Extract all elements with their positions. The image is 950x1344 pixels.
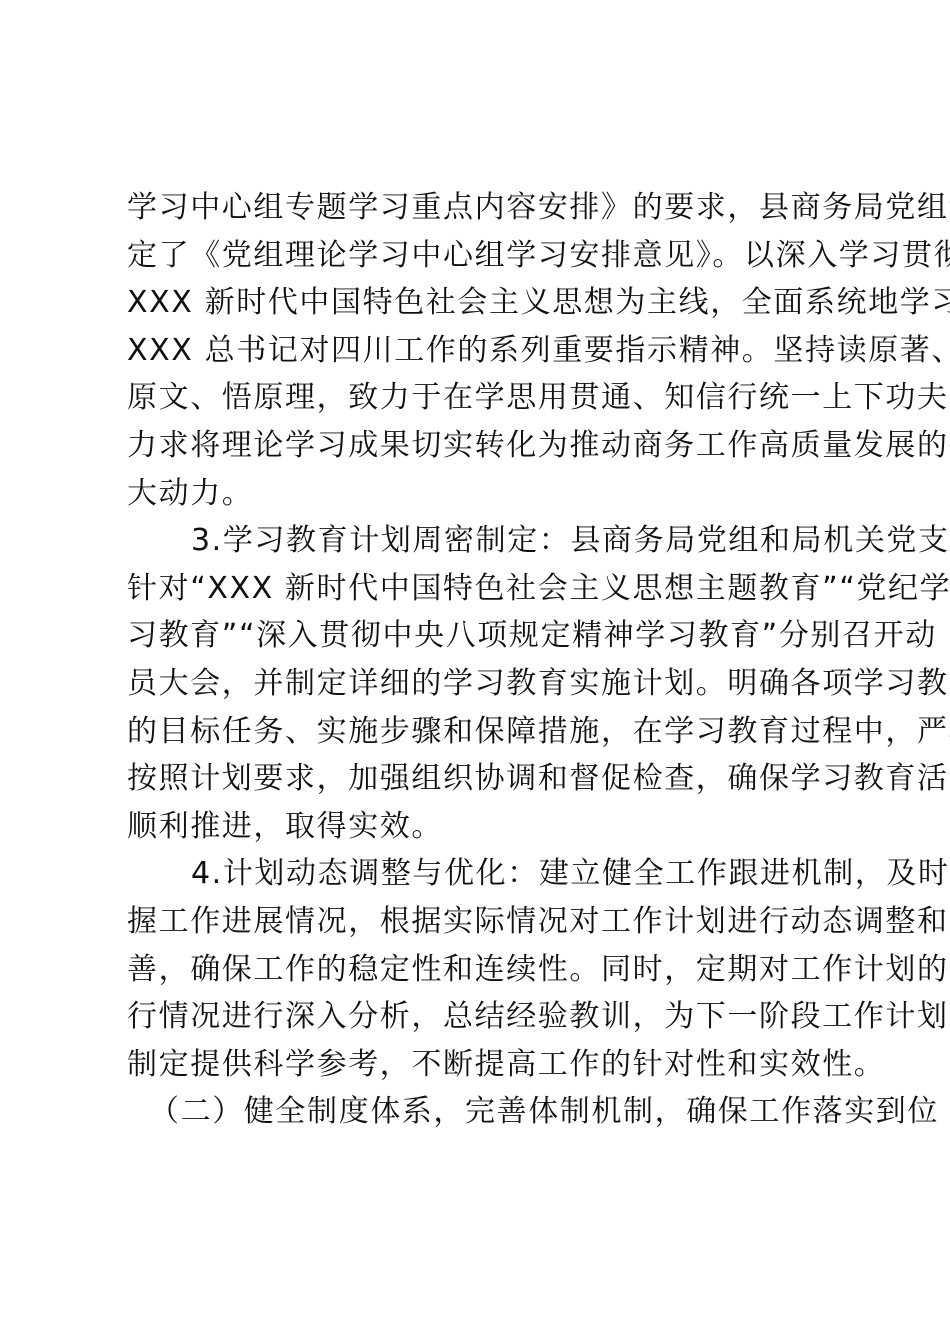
paragraph-study-arrangement: 学习中心组专题学习重点内容安排》的要求，县商务局党组制 定了《党组理论学习中心组… [127, 184, 830, 517]
text-line: 握工作进展情况，根据实际情况对工作计划进行动态调整和完 [127, 898, 830, 946]
text-line: 力求将理论学习成果切实转化为推动商务工作高质量发展的强 [127, 422, 830, 470]
text-line-indented: 3.学习教育计划周密制定：县商务局党组和局机关党支部 [127, 517, 830, 565]
document-page: 学习中心组专题学习重点内容安排》的要求，县商务局党组制 定了《党组理论学习中心组… [127, 184, 830, 1136]
paragraph-item-3-study-plan: 3.学习教育计划周密制定：县商务局党组和局机关党支部 针对“XXX 新时代中国特… [127, 517, 830, 850]
text-line: 定了《党组理论学习中心组学习安排意见》。以深入学习贯彻 [127, 232, 830, 280]
text-line: 员大会，并制定详细的学习教育实施计划。明确各项学习教育 [127, 660, 830, 708]
text-line: 习教育”“深入贯彻中央八项规定精神学习教育”分别召开动 [127, 612, 830, 660]
text-line: XXX 总书记对四川工作的系列重要指示精神。坚持读原著、学 [127, 327, 830, 375]
text-line: 行情况进行深入分析，总结经验教训，为下一阶段工作计划的 [127, 993, 830, 1041]
text-line: 学习中心组专题学习重点内容安排》的要求，县商务局党组制 [127, 184, 830, 232]
text-line: 针对“XXX 新时代中国特色社会主义思想主题教育”“党纪学 [127, 565, 830, 613]
text-line: 善，确保工作的稳定性和连续性。同时，定期对工作计划的执 [127, 946, 830, 994]
section-heading: （二）健全制度体系，完善体制机制，确保工作落实到位 [127, 1088, 830, 1136]
text-line: 按照计划要求，加强组织协调和督促检查，确保学习教育活动 [127, 755, 830, 803]
paragraph-item-4-plan-adjustment: 4.计划动态调整与优化：建立健全工作跟进机制，及时掌 握工作进展情况，根据实际情… [127, 850, 830, 1088]
text-line: XXX 新时代中国特色社会主义思想为主线，全面系统地学习 [127, 279, 830, 327]
text-line: 的目标任务、实施步骤和保障措施，在学习教育过程中，严格 [127, 708, 830, 756]
text-line: 原文、悟原理，致力于在学思用贯通、知信行统一上下功夫， [127, 374, 830, 422]
text-line: 顺利推进，取得实效。 [127, 803, 830, 851]
text-line: 制定提供科学参考，不断提高工作的针对性和实效性。 [127, 1041, 830, 1089]
text-line: 大动力。 [127, 470, 830, 518]
text-line-indented: 4.计划动态调整与优化：建立健全工作跟进机制，及时掌 [127, 850, 830, 898]
